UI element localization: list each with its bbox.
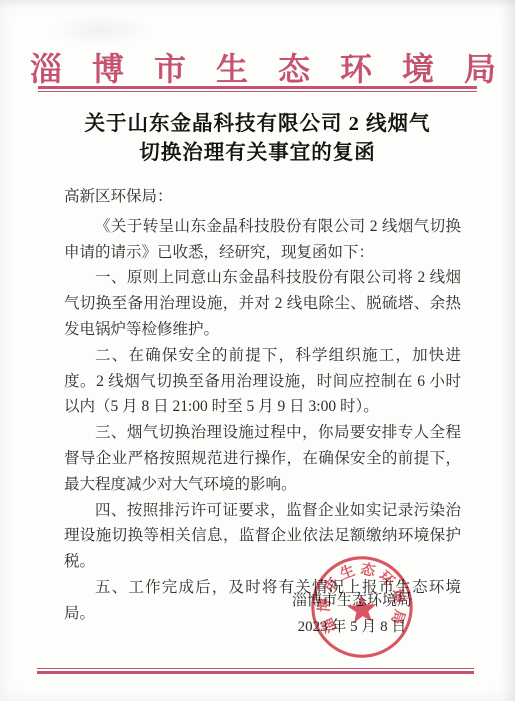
document-title-line2: 切换治理有关事宜的复函 [139, 142, 376, 164]
document-title-line1: 关于山东金晶科技有限公司 2 线烟气 [85, 113, 431, 135]
letterhead-divider [38, 86, 477, 92]
star-icon [347, 593, 378, 623]
agency-letterhead: 淄博市生态环境局 [0, 44, 515, 90]
document-page: 淄博市生态环境局 关于山东金晶科技有限公司 2 线烟气 切换治理有关事宜的复函 … [0, 0, 515, 701]
body-paragraph: 三、烟气切换治理设施过程中，你局要安排专人全程督导企业严格按照规范进行操作，在确… [64, 420, 461, 497]
footer-divider [37, 668, 474, 674]
document-title: 关于山东金晶科技有限公司 2 线烟气 切换治理有关事宜的复函 [40, 110, 475, 168]
official-seal-graphic: 淄博市生态环境局 [305, 550, 418, 663]
recipient-line: 高新区环保局： [64, 184, 461, 210]
body-paragraph: 一、原则上同意山东金晶科技股份有限公司将 2 线烟气切换至备用治理设施，并对 2… [64, 265, 461, 342]
official-seal: 淄博市生态环境局 [305, 550, 418, 663]
body-paragraph: 二、在确保安全的前提下，科学组织施工，加快进度。2 线烟气切换至备用治理设施，时… [64, 343, 461, 420]
body-paragraph: 《关于转呈山东金晶科技股份有限公司 2 线烟气切换申请的请示》已收悉，经研究，现… [64, 214, 461, 266]
